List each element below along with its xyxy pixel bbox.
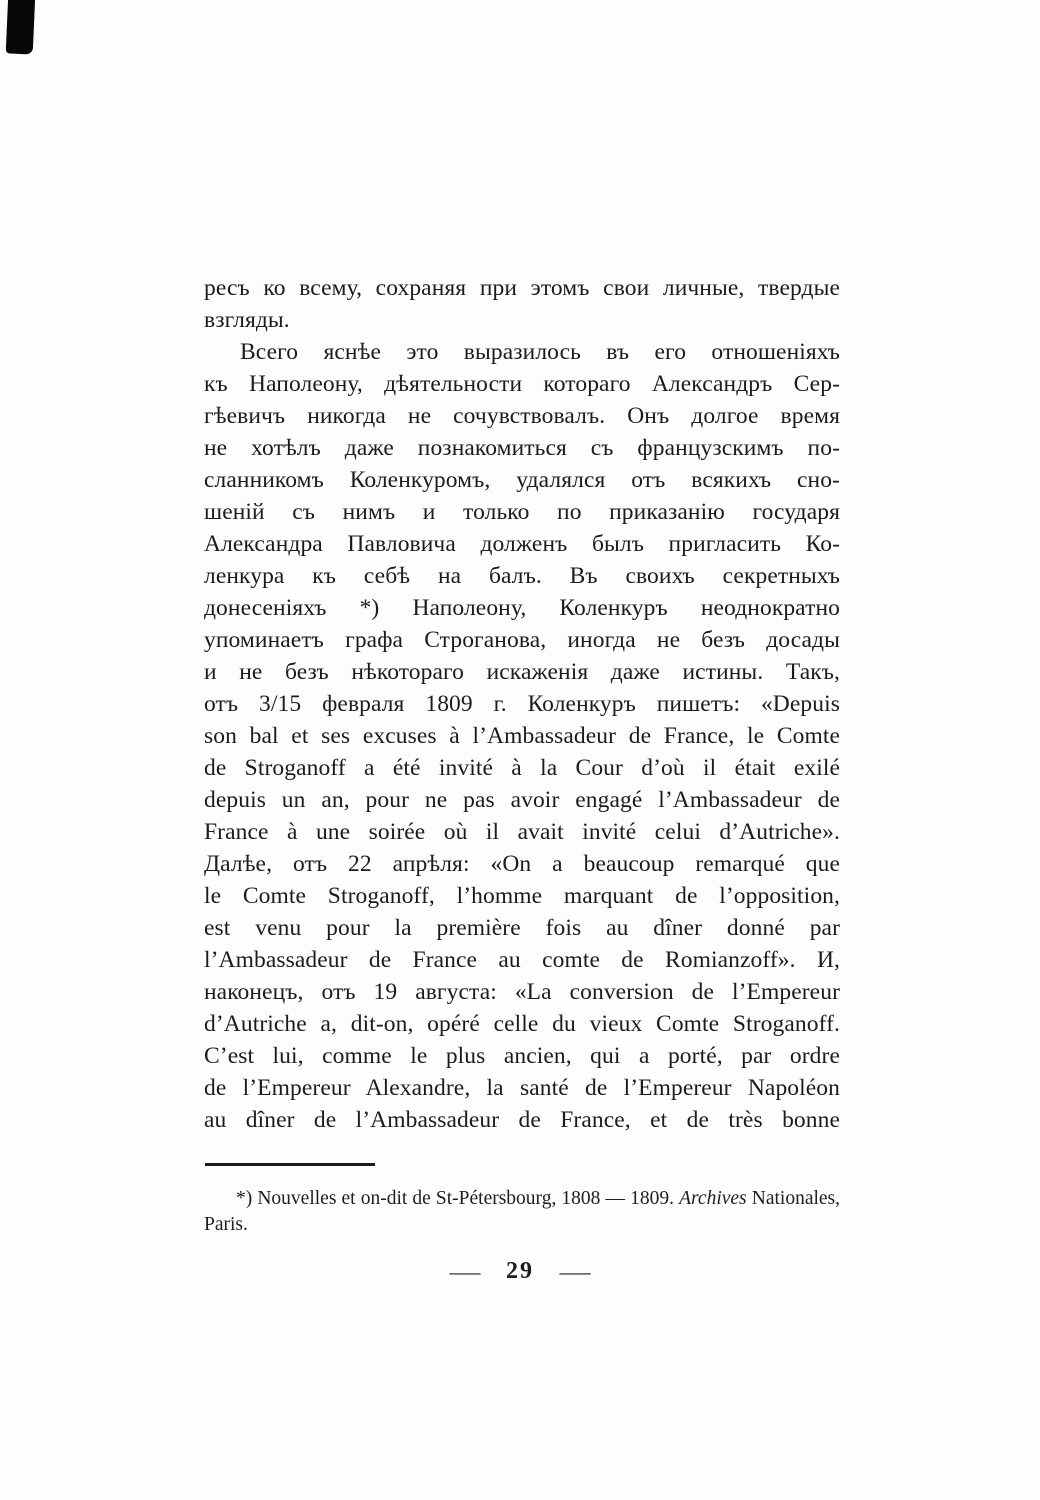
page-number-right-dash: — — [560, 1259, 591, 1285]
text-line: est venu pour la première fois au dîner … — [204, 912, 840, 944]
text-line: взгляды. — [204, 304, 840, 336]
text-line: de l’Empereur Alexandre, la santé de l’E… — [204, 1072, 840, 1104]
text-line: къ Наполеону, дѣятельности котораго Алек… — [204, 368, 840, 400]
text-line: l’Ambassadeur de France au comte de Romi… — [204, 944, 840, 976]
footnote-text: *) Nouvelles et on-dit de St-Pétersbourg… — [236, 1188, 674, 1209]
text-line: упоминаетъ графа Строганова, иногда не б… — [204, 624, 840, 656]
footnote-text: Nationales, — [752, 1188, 840, 1209]
text-line: наконецъ, отъ 19 августа: «La conversion… — [204, 976, 840, 1008]
footnote-source-italic: Archives — [679, 1188, 747, 1209]
text-line: и не безъ нѣкотораго искаженія даже исти… — [204, 656, 840, 688]
footnote-line: *) Nouvelles et on-dit de St-Pétersbourg… — [204, 1186, 840, 1212]
book-page: ресъ ко всему, сохраняя при этомъ свои л… — [0, 0, 1040, 1500]
text-line: son bal et ses excuses à l’Ambassadeur d… — [204, 720, 840, 752]
text-line: le Comte Stroganoff, l’homme marquant de… — [204, 880, 840, 912]
scan-artifact-top-left — [6, 0, 36, 55]
text-line: C’est lui, comme le plus ancien, qui a p… — [204, 1040, 840, 1072]
text-line: донесеніяхъ *) Наполеону, Коленкуръ неод… — [204, 592, 840, 624]
text-line: шеній съ нимъ и только по приказанію гос… — [204, 496, 840, 528]
text-line: ленкура къ себѣ на балъ. Въ своихъ секре… — [204, 560, 840, 592]
text-line: Далѣе, отъ 22 апрѣля: «On a beaucoup rem… — [204, 848, 840, 880]
footnote-block: *) Nouvelles et on-dit de St-Pétersbourg… — [204, 1186, 840, 1238]
body-text-block: ресъ ко всему, сохраняя при этомъ свои л… — [204, 272, 840, 1136]
text-line: ресъ ко всему, сохраняя при этомъ свои л… — [204, 272, 840, 304]
text-line: Александра Павловича долженъ былъ пригла… — [204, 528, 840, 560]
page-number-row: — 29 — — [0, 1258, 1040, 1285]
page-number-left-dash: — — [450, 1259, 481, 1285]
text-line: d’Autriche a, dit-on, opéré celle du vie… — [204, 1008, 840, 1040]
text-line: depuis un an, pour ne pas avoir engagé l… — [204, 784, 840, 816]
footnote-separator — [205, 1163, 375, 1166]
text-line: отъ 3/15 февраля 1809 г. Коленкуръ пишет… — [204, 688, 840, 720]
text-line: Всего яснѣе это выразилось въ его отноше… — [204, 336, 840, 368]
text-line: de Stroganoff a été invité à la Cour d’o… — [204, 752, 840, 784]
page-number: 29 — [506, 1258, 534, 1285]
text-line: не хотѣлъ даже познакомиться съ французс… — [204, 432, 840, 464]
text-line: гѣевичъ никогда не сочувствовалъ. Онъ до… — [204, 400, 840, 432]
text-line: au dîner de l’Ambassadeur de France, et … — [204, 1104, 840, 1136]
text-line: France à une soirée où il avait invité c… — [204, 816, 840, 848]
footnote-line: Paris. — [204, 1212, 840, 1238]
text-line: сланникомъ Коленкуромъ, удалялся отъ вся… — [204, 464, 840, 496]
